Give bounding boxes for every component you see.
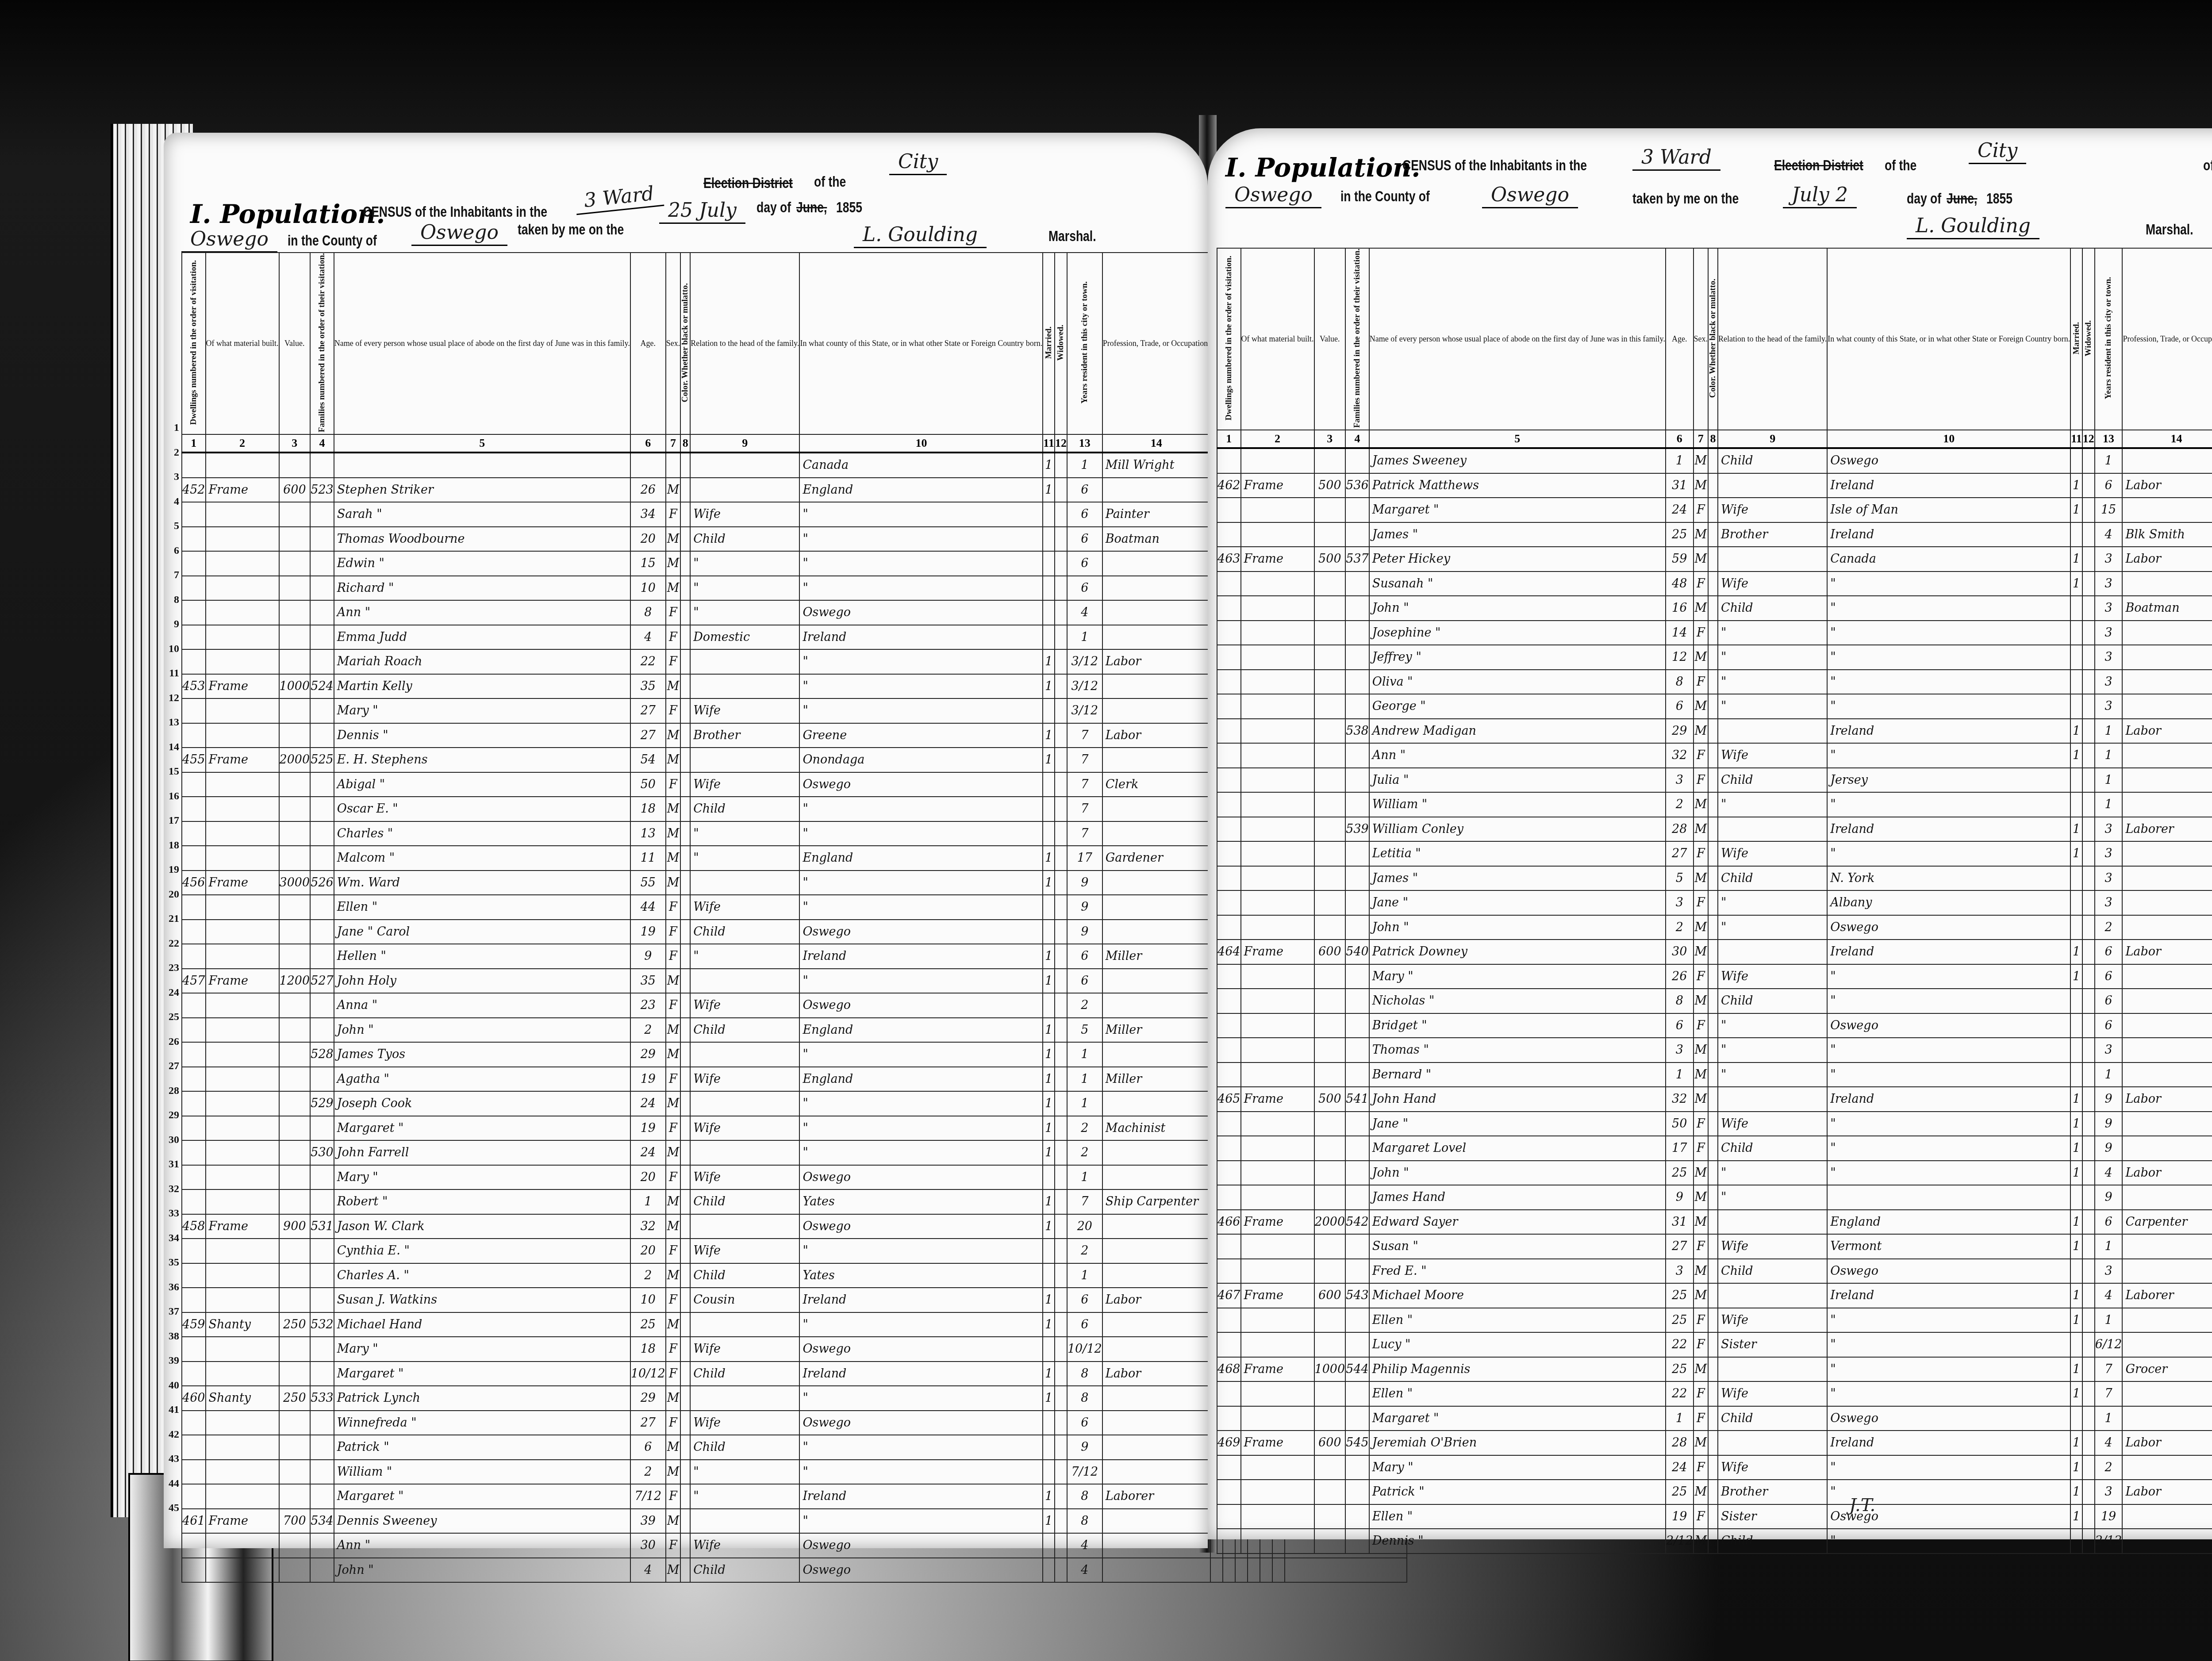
cell-mar: 1	[1043, 1386, 1055, 1411]
cell-age: 32	[1666, 1087, 1694, 1112]
cell-age: 22	[1666, 1332, 1694, 1357]
cell-sex: F	[1694, 1112, 1709, 1136]
census-row: Susan "27FWifeVermont11	[1217, 1234, 2212, 1259]
column-number: 13	[1067, 434, 1102, 453]
cell-yrs: 9	[2095, 1112, 2123, 1136]
cell-c2	[1241, 1332, 1314, 1357]
cell-c4: 536	[1345, 473, 1369, 498]
column-header-4: Families numbered in the order of their …	[310, 253, 334, 434]
cell-born	[1827, 1185, 2070, 1210]
cell-born: Ireland	[1827, 522, 2070, 547]
cell-c4	[310, 944, 334, 969]
cell-c8	[1708, 621, 1718, 645]
cell-c1	[1217, 1234, 1241, 1259]
cell-c1	[182, 698, 206, 723]
cell-born: Oswego	[799, 772, 1043, 797]
cell-c1	[182, 600, 206, 625]
cell-occ: Laborer	[2122, 1283, 2212, 1308]
cell-age: 4	[630, 625, 666, 650]
cell-mar: 1	[1043, 1018, 1055, 1043]
cell-name: Margaret "	[1369, 498, 1666, 522]
cell-mar: 1	[2070, 1136, 2082, 1161]
cell-c3	[1314, 1480, 1346, 1504]
census-row: William "2M""1	[1217, 792, 2212, 817]
cell-c3: 600	[1314, 1431, 1346, 1455]
cell-name: Emma Judd	[334, 625, 630, 650]
cell-c1	[182, 944, 206, 969]
cell-name: James "	[1369, 522, 1666, 547]
column-number: 5	[334, 434, 630, 453]
cell-v21	[1285, 1558, 1407, 1583]
cell-c1	[182, 551, 206, 576]
cell-sex: F	[666, 1165, 681, 1190]
cell-c4	[310, 576, 334, 601]
cell-born: Ireland	[1827, 817, 2070, 842]
cell-yrs: 6	[1067, 1312, 1102, 1337]
cell-rel: Sister	[1718, 1332, 1827, 1357]
june-label: June,	[796, 199, 827, 216]
cell-rel: Cousin	[690, 1288, 799, 1312]
cell-c2	[206, 453, 279, 478]
cell-age: 12	[1666, 645, 1694, 670]
census-row: Mary "26FWife"161	[1217, 964, 2212, 989]
ward-value: 3 Ward	[1632, 146, 1720, 171]
cell-sex: M	[666, 1263, 681, 1288]
cell-mar: 1	[2070, 1357, 2082, 1382]
cell-c2	[206, 1239, 279, 1263]
cell-name: Mary "	[1369, 964, 1666, 989]
cell-born: Oswego	[1827, 1013, 2070, 1038]
cell-occ	[1102, 600, 1210, 625]
cell-rel	[1718, 547, 1827, 572]
cell-born: Ireland	[1827, 940, 2070, 964]
cell-wid	[2082, 1283, 2095, 1308]
cell-mar: 1	[1043, 1214, 1055, 1239]
cell-c1	[182, 920, 206, 944]
cell-c1	[182, 1239, 206, 1263]
cell-name: Susanah "	[1369, 572, 1666, 596]
cell-wid	[2082, 1455, 2095, 1480]
column-number: 3	[279, 434, 311, 453]
census-row: Margaret "24FWifeIsle of Man115	[1217, 498, 2212, 522]
cell-c4	[1345, 1038, 1369, 1063]
cell-name: Oscar E. "	[334, 797, 630, 821]
cell-c8	[1708, 498, 1718, 522]
column-header-11: Married.	[1043, 253, 1055, 434]
cell-c3	[1314, 817, 1346, 842]
cell-wid	[2082, 645, 2095, 670]
cell-occ: Boatman	[1102, 527, 1210, 552]
cell-c1: 458	[182, 1214, 206, 1239]
cell-name: John Holy	[334, 969, 630, 994]
census-row: James "5MChildN. York3	[1217, 866, 2212, 891]
cell-c3	[1314, 1038, 1346, 1063]
cell-wid	[2082, 670, 2095, 694]
cell-sex: M	[1694, 522, 1709, 547]
column-header-13: Years resident in this city or town.	[2095, 248, 2123, 430]
census-row: Patrick "25MBrother"13Labor1R1	[1217, 1480, 2212, 1504]
cell-occ: Gardener	[1102, 846, 1210, 871]
cell-born: Ireland	[799, 1288, 1043, 1312]
cell-c8	[680, 576, 690, 601]
cell-c2	[206, 527, 279, 552]
census-row: James Sweeney1MChildOswego1	[1217, 448, 2212, 473]
cell-wid	[2082, 547, 2095, 572]
cell-c8	[1708, 645, 1718, 670]
cell-mar: 1	[1043, 1042, 1055, 1067]
cell-occ	[2122, 866, 2212, 891]
cell-age: 20	[630, 527, 666, 552]
cell-c8	[1708, 1185, 1718, 1210]
cell-yrs: 6	[1067, 551, 1102, 576]
cell-sex: M	[666, 1189, 681, 1214]
cell-wid	[2082, 915, 2095, 940]
cell-c8	[1708, 670, 1718, 694]
cell-age: 24	[1666, 1455, 1694, 1480]
cell-c2	[1241, 1185, 1314, 1210]
cell-c8	[1708, 1210, 1718, 1235]
cell-sex: F	[666, 993, 681, 1018]
census-row: Letitia "27FWife"131	[1217, 841, 2212, 866]
cell-occ: Labor	[2122, 1087, 2212, 1112]
cell-c4: 545	[1345, 1431, 1369, 1455]
district-of-value: City	[889, 150, 947, 175]
june-label: June,	[1947, 190, 1977, 207]
cell-c3	[279, 846, 311, 871]
cell-wid	[1055, 895, 1067, 920]
cell-c4	[1345, 989, 1369, 1013]
cell-c1	[182, 1411, 206, 1435]
cell-c2	[1241, 1136, 1314, 1161]
cell-yrs: 6	[1067, 1288, 1102, 1312]
cell-yrs: 7	[1067, 797, 1102, 821]
cell-yrs: 3	[2095, 694, 2123, 719]
cell-occ	[2122, 1013, 2212, 1038]
cell-c8	[680, 1091, 690, 1116]
cell-name: Jane "	[1369, 890, 1666, 915]
cell-sex: F	[666, 502, 681, 527]
cell-occ	[2122, 768, 2212, 793]
cell-c3	[1314, 792, 1346, 817]
cell-c3	[1314, 1529, 1346, 1554]
cell-c4	[1345, 1381, 1369, 1406]
cell-sex: M	[666, 1312, 681, 1337]
cell-occ	[2122, 1308, 2212, 1333]
cell-sex: F	[666, 649, 681, 674]
cell-wid	[1055, 1558, 1067, 1583]
cell-c8	[1708, 596, 1718, 621]
cell-age	[630, 453, 666, 478]
cell-sex: F	[666, 1362, 681, 1386]
cell-c4: 538	[1345, 719, 1369, 744]
cell-c8	[680, 551, 690, 576]
cell-occ: Labor	[2122, 473, 2212, 498]
cell-c8	[680, 478, 690, 503]
cell-mar: 1	[2070, 1504, 2082, 1529]
cell-rel: Wife	[1718, 964, 1827, 989]
cell-born: Ireland	[1827, 473, 2070, 498]
column-header-14: Profession, Trade, or Occupation.	[2122, 248, 2212, 430]
cell-c3	[279, 944, 311, 969]
cell-sex: M	[1694, 1087, 1709, 1112]
cell-c2	[1241, 694, 1314, 719]
cell-c2	[1241, 621, 1314, 645]
cell-age: 16	[1666, 596, 1694, 621]
cell-c4	[310, 698, 334, 723]
cell-rel: Wife	[1718, 1381, 1827, 1406]
cell-c8	[1708, 1504, 1718, 1529]
cell-mar	[1043, 1239, 1055, 1263]
cell-sex: F	[666, 772, 681, 797]
cell-mar: 1	[2070, 1087, 2082, 1112]
cell-mar: 1	[2070, 1480, 2082, 1504]
cell-c3	[1314, 964, 1346, 989]
cell-occ: Blk Smith	[2122, 522, 2212, 547]
cell-rel: "	[1718, 670, 1827, 694]
cell-mar: 1	[2070, 743, 2082, 768]
cell-yrs: 2	[1067, 1140, 1102, 1165]
cell-c2	[1241, 1308, 1314, 1333]
cell-c4: 525	[310, 748, 334, 772]
cell-wid	[2082, 1210, 2095, 1235]
census-of-label: CENSUS of the Inhabitants in the	[363, 203, 547, 221]
marshal-signature: L. Goulding	[1907, 215, 2039, 239]
cell-occ	[1102, 1140, 1210, 1165]
cell-c8	[1708, 866, 1718, 891]
cell-born: Ireland	[1827, 719, 2070, 744]
cell-occ	[1102, 821, 1210, 846]
cell-wid	[1055, 1288, 1067, 1312]
cell-wid	[1055, 527, 1067, 552]
cell-born: "	[799, 1435, 1043, 1460]
cell-mar: 1	[1043, 944, 1055, 969]
cell-age: 11	[630, 846, 666, 871]
census-row: George "6M""31	[1217, 694, 2212, 719]
cell-rel	[690, 1042, 799, 1067]
cell-c3	[1314, 572, 1346, 596]
cell-occ: Miller	[1102, 1018, 1210, 1043]
census-row: 465Frame500541John Hand32MIreland19Labor…	[1217, 1087, 2212, 1112]
cell-born: "	[799, 649, 1043, 674]
cell-name: Malcom "	[334, 846, 630, 871]
cell-yrs: 6	[1067, 502, 1102, 527]
cell-c1	[182, 527, 206, 552]
cell-rel: "	[1718, 1185, 1827, 1210]
printed-row-number: 5	[161, 520, 179, 532]
cell-c3	[279, 1558, 311, 1583]
cell-rel	[1718, 817, 1827, 842]
census-row: Fred E. "3MChildOswego3	[1217, 1259, 2212, 1284]
cell-mar	[1043, 502, 1055, 527]
cell-name: John "	[1369, 596, 1666, 621]
cell-c8	[680, 1165, 690, 1190]
census-row: 464Frame600540Patrick Downey30MIreland16…	[1217, 940, 2212, 964]
cell-age: 27	[630, 1411, 666, 1435]
cell-c4	[310, 1018, 334, 1043]
cell-c4: 532	[310, 1312, 334, 1337]
cell-c1	[1217, 768, 1241, 793]
column-header-8: Color. Whether black or mulatto.	[680, 253, 690, 434]
cell-age: 2	[630, 1263, 666, 1288]
cell-yrs: 7	[1067, 748, 1102, 772]
cell-c2	[206, 1165, 279, 1190]
cell-c1	[1217, 866, 1241, 891]
cell-c4	[1345, 1480, 1369, 1504]
cell-age: 35	[630, 969, 666, 994]
cell-age: 19	[1666, 1504, 1694, 1529]
cell-name: James Hand	[1369, 1185, 1666, 1210]
cell-c4	[310, 772, 334, 797]
cell-age: 27	[630, 723, 666, 748]
year-label: 1855	[1986, 190, 2012, 207]
cell-born: "	[799, 871, 1043, 895]
cell-c4: 534	[310, 1509, 334, 1534]
taken-by-label: taken by me on the	[518, 221, 624, 238]
cell-age: 10/12	[630, 1362, 666, 1386]
cell-c2	[206, 1533, 279, 1558]
cell-mar	[1043, 1337, 1055, 1362]
cell-name: Letitia "	[1369, 841, 1666, 866]
cell-wid	[2082, 719, 2095, 744]
cell-c1: 469	[1217, 1431, 1241, 1455]
cell-c3: 1200	[279, 969, 311, 994]
cell-wid	[1055, 551, 1067, 576]
cell-mar	[2070, 1259, 2082, 1284]
cell-wid	[2082, 1381, 2095, 1406]
cell-mar: 1	[1043, 1067, 1055, 1092]
cell-rel	[1718, 1431, 1827, 1455]
cell-c8	[1708, 1431, 1718, 1455]
cell-rel: Child	[690, 920, 799, 944]
cell-c3	[279, 1460, 311, 1485]
cell-mar: 1	[2070, 940, 2082, 964]
cell-sex: M	[1694, 448, 1709, 473]
cell-sex: F	[1694, 1332, 1709, 1357]
cell-wid	[2082, 498, 2095, 522]
printed-row-number: 19	[161, 864, 179, 876]
cell-wid	[2082, 817, 2095, 842]
printed-row-number: 45	[161, 1502, 179, 1514]
cell-rel: "	[1718, 1063, 1827, 1087]
cell-yrs: 2	[1067, 993, 1102, 1018]
cell-c4	[310, 723, 334, 748]
census-row: Bridget "6F"Oswego6	[1217, 1013, 2212, 1038]
cell-c3	[279, 1140, 311, 1165]
cell-wid	[2082, 1013, 2095, 1038]
cell-rel: "	[690, 1484, 799, 1509]
printed-row-number: 40	[161, 1380, 179, 1392]
cell-c8	[1708, 473, 1718, 498]
cell-age: 8	[1666, 989, 1694, 1013]
cell-c4: 531	[310, 1214, 334, 1239]
cell-occ: Labor	[1102, 1362, 1210, 1386]
cell-mar	[1043, 993, 1055, 1018]
cell-born: "	[1827, 1381, 2070, 1406]
column-number: 5	[1369, 430, 1666, 448]
cell-c3	[1314, 1332, 1346, 1357]
city-value: Oswego	[1225, 184, 1321, 208]
cell-c2	[206, 944, 279, 969]
cell-age: 3	[1666, 890, 1694, 915]
cell-name: John "	[1369, 915, 1666, 940]
census-row: John "4MChildOswego4	[182, 1558, 1407, 1583]
cell-born: Vermont	[1827, 1234, 2070, 1259]
cell-occ	[2122, 1406, 2212, 1431]
column-header-7: Sex.	[666, 253, 681, 434]
left-ledger-page: I. Population. CENSUS of the Inhabitants…	[164, 133, 1208, 1548]
cell-yrs: 7	[1067, 723, 1102, 748]
cell-sex: F	[666, 1533, 681, 1558]
cell-c8	[680, 453, 690, 478]
column-header-10: In what county of this State, or in what…	[1827, 248, 2070, 430]
cell-yrs: 1	[2095, 1406, 2123, 1431]
cell-c3: 250	[279, 1312, 311, 1337]
cell-yrs: 2	[1067, 1239, 1102, 1263]
cell-c2: Shanty	[206, 1312, 279, 1337]
printed-row-number: 44	[161, 1478, 179, 1490]
cell-c2	[1241, 1504, 1314, 1529]
cell-c3	[279, 1337, 311, 1362]
cell-age: 18	[630, 1337, 666, 1362]
right-ledger-page: I. Population. CENSUS of the Inhabitants…	[1208, 128, 2212, 1539]
cell-mar: 1	[1043, 748, 1055, 772]
cell-wid	[2082, 964, 2095, 989]
cell-age: 13	[630, 821, 666, 846]
cell-c3	[279, 1067, 311, 1092]
column-number: 2	[1241, 430, 1314, 448]
cell-c8	[1708, 915, 1718, 940]
footer-mark: J.T.	[1849, 1495, 1875, 1515]
cell-name: Jeffrey "	[1369, 645, 1666, 670]
column-header-6: Age.	[1666, 248, 1694, 430]
cell-age: 6	[1666, 1013, 1694, 1038]
cell-occ: Boatman	[2122, 596, 2212, 621]
cell-born: "	[1827, 621, 2070, 645]
cell-c1	[182, 1460, 206, 1485]
cell-c1	[1217, 743, 1241, 768]
cell-age: 8	[630, 600, 666, 625]
of-label: of	[2203, 157, 2212, 174]
cell-sex: F	[1694, 1234, 1709, 1259]
cell-c1	[1217, 1332, 1241, 1357]
cell-rel: Wife	[690, 1337, 799, 1362]
cell-rel: "	[1718, 621, 1827, 645]
printed-row-number: 15	[161, 766, 179, 778]
census-row: Ellen "25FWife"111	[1217, 1308, 2212, 1333]
cell-born: "	[1827, 1063, 2070, 1087]
cell-occ	[1102, 1042, 1210, 1067]
cell-wid	[1055, 821, 1067, 846]
cell-yrs: 3	[2095, 1038, 2123, 1063]
cell-name: Charles A. "	[334, 1263, 630, 1288]
cell-yrs: 1	[2095, 792, 2123, 817]
cell-c1	[1217, 792, 1241, 817]
cell-c8	[1708, 1455, 1718, 1480]
cell-name: George "	[1369, 694, 1666, 719]
cell-c3	[279, 1091, 311, 1116]
cell-born: Oswego	[799, 600, 1043, 625]
cell-c8	[1708, 1112, 1718, 1136]
cell-yrs: 2	[1067, 1116, 1102, 1141]
cell-born: Oswego	[1827, 1406, 2070, 1431]
cell-wid	[1055, 478, 1067, 503]
cell-c8	[1708, 1161, 1718, 1185]
cell-c3	[1314, 522, 1346, 547]
cell-rel: Child	[690, 1435, 799, 1460]
marshal-label: Marshal.	[1048, 228, 1096, 245]
cell-rel: Wife	[690, 1533, 799, 1558]
cell-c8	[1708, 1480, 1718, 1504]
